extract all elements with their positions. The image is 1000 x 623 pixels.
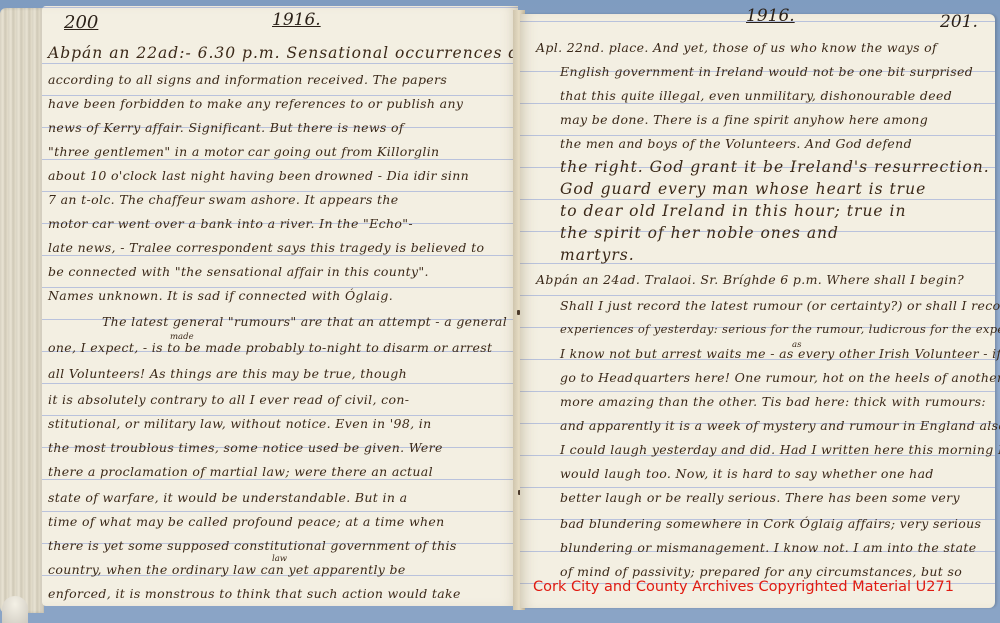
text-line: go to Headquarters here! One rumour, hot… <box>560 370 1000 385</box>
page-number-left: 200 <box>64 12 98 33</box>
text-line: would laugh too. Now, it is hard to say … <box>560 466 934 481</box>
page-edges <box>0 8 44 613</box>
text-line: may be done. There is a fine spirit anyh… <box>560 112 928 127</box>
text-line: enforced, it is monstrous to think that … <box>48 586 461 601</box>
text-line: Shall I just record the latest rumour (o… <box>560 298 1000 313</box>
text-line: stitutional, or military law, without no… <box>48 416 432 431</box>
text-line: English government in Ireland would not … <box>560 64 973 79</box>
year-heading-left: 1916. <box>272 10 321 30</box>
text-line: all Volunteers! As things are this may b… <box>48 366 407 381</box>
text-line: be connected with "the sensational affai… <box>48 264 429 279</box>
text-line: there is yet some supposed constitutiona… <box>48 538 457 553</box>
page-clip <box>2 596 28 623</box>
text-line: time of what may be called profound peac… <box>48 514 445 529</box>
left-page: 200 1916. Abpán an 22ad:- 6.30 p.m. Sens… <box>42 6 518 606</box>
text-line: martyrs. <box>560 246 635 264</box>
text-line: news of Kerry affair. Significant. But t… <box>48 120 404 135</box>
text-line: one, I expect, - is to be made probably … <box>48 340 492 355</box>
text-line: I could laugh yesterday and did. Had I w… <box>560 442 1000 457</box>
text-line: The latest general "rumours" are that an… <box>102 314 507 329</box>
open-diary: 200 1916. Abpán an 22ad:- 6.30 p.m. Sens… <box>0 0 1000 623</box>
text-line: the men and boys of the Volunteers. And … <box>560 136 912 151</box>
text-line: the spirit of her noble ones and <box>560 224 839 242</box>
text-line: have been forbidden to make any referenc… <box>48 96 463 111</box>
text-line: "three gentlemen" in a motor car going o… <box>48 144 439 159</box>
copyright-watermark: Cork City and County Archives Copyrighte… <box>533 579 954 595</box>
text-line: Abpán an 24ad. Tralaoi. Sr. Bríghde 6 p.… <box>536 272 964 287</box>
text-line: motor car went over a bank into a river.… <box>48 216 413 231</box>
text-line: experiences of yesterday: serious for th… <box>560 322 1000 336</box>
page-number-right: 201. <box>940 12 978 32</box>
right-page: 1916. 201. Apl. 22nd. place. And yet, th… <box>520 14 995 608</box>
text-line: 7 an t-olc. The chaffeur swam ashore. It… <box>48 192 398 207</box>
text-line: bad blundering somewhere in Cork Óglaig … <box>560 516 981 531</box>
text-line: blundering or mismanagement. I know not.… <box>560 540 977 555</box>
text-line: to dear old Ireland in this hour; true i… <box>560 202 906 220</box>
text-line: late news, - Tralee correspondent says t… <box>48 240 484 255</box>
text-line: Apl. 22nd. place. And yet, those of us w… <box>536 40 937 55</box>
text-line: the right. God grant it be Ireland's res… <box>560 158 990 176</box>
text-line: I know not but arrest waits me - as ever… <box>560 346 1000 361</box>
text-line: more amazing than the other. Tis bad her… <box>560 394 986 409</box>
text-line: it is absolutely contrary to all I ever … <box>48 392 409 407</box>
text-line: there a proclamation of martial law; wer… <box>48 464 433 479</box>
text-line: state of warfare, it would be understand… <box>48 490 407 505</box>
year-heading-right: 1916. <box>746 6 795 26</box>
text-line: God guard every man whose heart is true <box>560 180 926 198</box>
text-line: Names unknown. It is sad if connected wi… <box>48 288 393 303</box>
text-line: and apparently it is a week of mystery a… <box>560 418 1000 433</box>
text-line: better laugh or be really serious. There… <box>560 490 960 505</box>
text-line: about 10 o'clock last night having been … <box>48 168 469 183</box>
text-line: country, when the ordinary law can yet a… <box>48 562 406 577</box>
text-line: the most troublous times, some notice us… <box>48 440 443 455</box>
text-line: of mind of passivity; prepared for any c… <box>560 564 962 579</box>
text-line: that this quite illegal, even unmilitary… <box>560 88 952 103</box>
text-line: according to all signs and information r… <box>48 72 447 87</box>
